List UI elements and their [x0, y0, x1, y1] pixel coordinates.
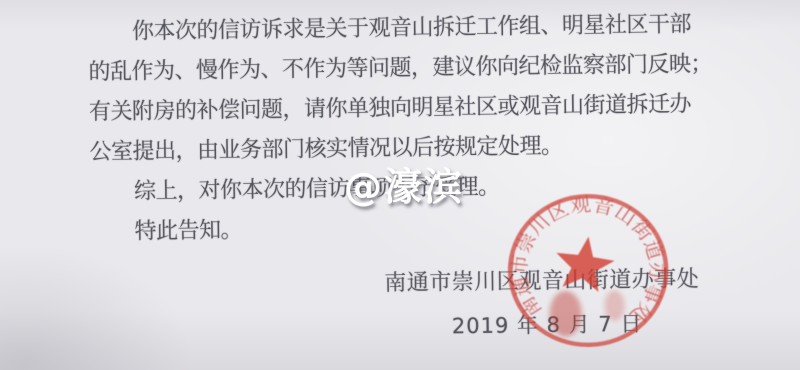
photo-of-notice-letter: 你本次的信访诉求是关于观音山拆迁工作组、明星社区干部 的乱作为、慢作为、不作为等… — [0, 0, 800, 370]
star-icon — [551, 233, 617, 294]
body-line: 有关附房的补偿问题，请你单独向明星社区或观音山街道拆迁办 — [89, 85, 737, 133]
official-red-seal: 南通市崇川区观音山街道办事处 — [502, 188, 674, 352]
site-watermark: @濠滨 — [344, 156, 464, 211]
seal-ink-smudge — [604, 290, 624, 321]
seal-ink-smudge — [549, 291, 582, 337]
